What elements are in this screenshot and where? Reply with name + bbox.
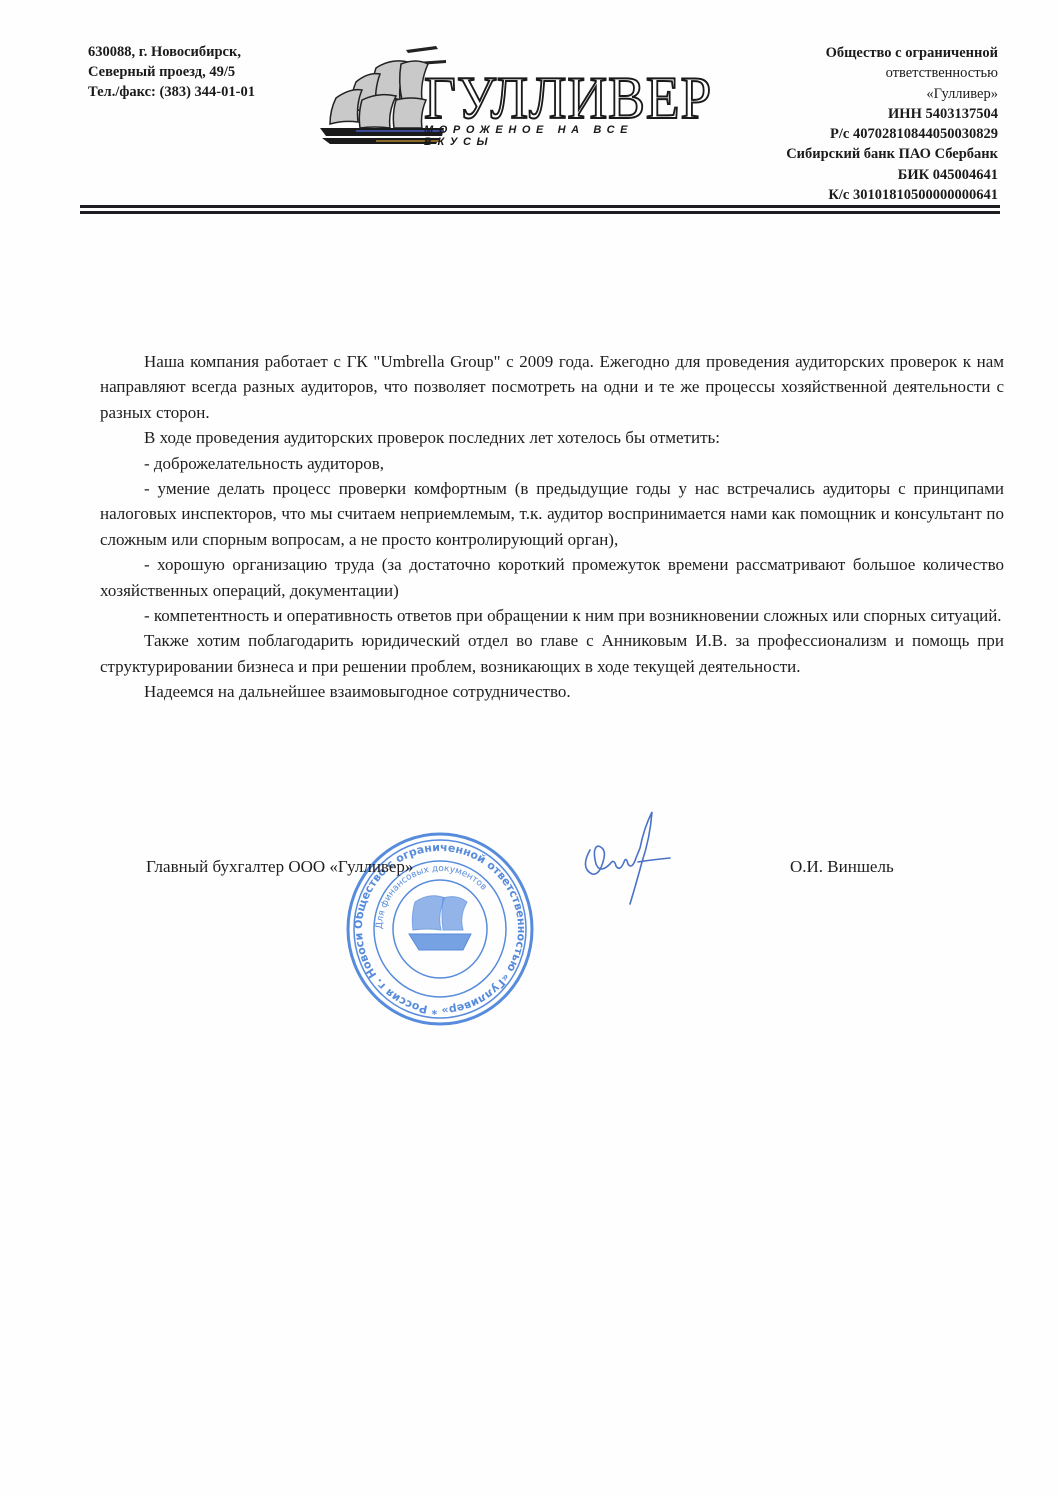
requisites-line-3: «Гулливер»: [786, 84, 998, 104]
list-item: - доброжелательность аудиторов,: [100, 451, 1004, 476]
phone-fax: Тел./факс: (383) 344-01-01: [88, 82, 255, 102]
paragraph: Надеемся на дальнейшее взаимовыгодное со…: [100, 679, 1004, 704]
list-item: - компетентность и оперативность ответов…: [100, 603, 1004, 628]
signatory-name: О.И. Виншель: [790, 857, 894, 877]
list-item: - умение делать процесс проверки комфорт…: [100, 476, 1004, 552]
letter-page: 630088, г. Новосибирск, Северный проезд,…: [0, 0, 1058, 1496]
requisites-line-2: ответственностью: [786, 63, 998, 83]
inn: ИНН 5403137504: [786, 104, 998, 124]
company-address: 630088, г. Новосибирск, Северный проезд,…: [88, 42, 255, 102]
company-requisites: Общество с ограниченной ответственностью…: [786, 43, 998, 205]
settlement-account: Р/с 40702810844050030829: [786, 124, 998, 144]
letter-body: Наша компания работает с ГК "Umbrella Gr…: [100, 349, 1004, 705]
address-line-2: Северный проезд, 49/5: [88, 62, 255, 82]
paragraph: В ходе проведения аудиторских проверок п…: [100, 425, 1004, 450]
paragraph: Также хотим поблагодарить юридический от…: [100, 628, 1004, 679]
header-divider-top: [80, 205, 1000, 208]
header-divider-bottom: [80, 211, 1000, 214]
paragraph: Наша компания работает с ГК "Umbrella Gr…: [100, 349, 1004, 425]
company-logo: ГУЛЛИВЕР МОРОЖЕНОЕ НА ВСЕ ВКУСЫ: [316, 40, 706, 155]
logo-wordmark: ГУЛЛИВЕР: [424, 68, 712, 128]
correspondent-account: К/с 30101810500000000641: [786, 185, 998, 205]
requisites-line-1: Общество с ограниченной: [786, 43, 998, 63]
address-line-1: 630088, г. Новосибирск,: [88, 42, 255, 62]
signatory-title: Главный бухгалтер ООО «Гулливер»: [146, 857, 413, 877]
handwritten-signature-icon: [570, 808, 680, 918]
bank-name: Сибирский банк ПАО Сбербанк: [786, 144, 998, 164]
logo-slogan: МОРОЖЕНОЕ НА ВСЕ ВКУСЫ: [424, 124, 706, 148]
list-item: - хорошую организацию труда (за достаточ…: [100, 552, 1004, 603]
bik: БИК 045004641: [786, 165, 998, 185]
